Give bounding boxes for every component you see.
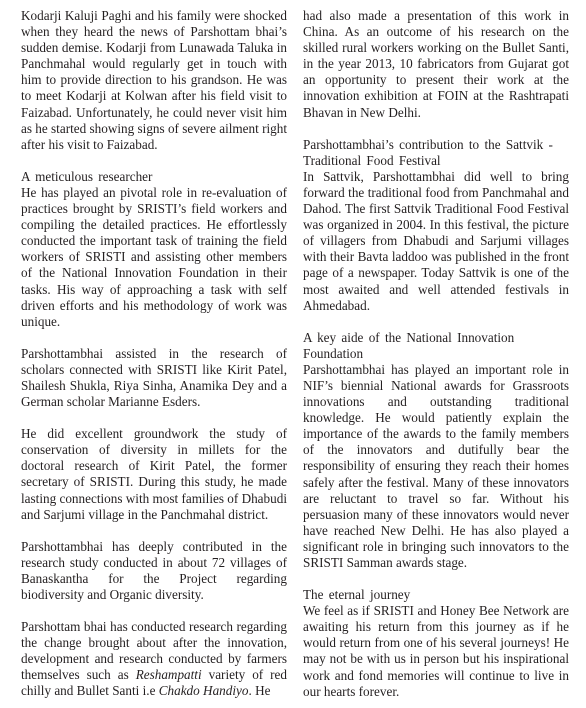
paragraph-sattvik: In Sattvik, Parshottambhai did well to b…	[303, 169, 569, 314]
paragraph-reshampatti-research: Parshottam bhai has conducted research r…	[21, 619, 287, 699]
paragraph-pivotal-role: He has played an pivotal role in re-eval…	[21, 185, 287, 330]
paragraph-eternal-journey: We feel as if SRISTI and Honey Bee Netwo…	[303, 603, 569, 700]
heading-meticulous-researcher: A meticulous researcher	[21, 169, 287, 185]
italic-term-reshampatti: Reshampatti	[136, 667, 202, 682]
paragraph-china-presentation: had also made a presentation of this wor…	[303, 8, 569, 121]
paragraph-kodarji: Kodarji Kaluji Paghi and his family were…	[21, 8, 287, 153]
paragraph-millets-study: He did excellent groundwork the study of…	[21, 426, 287, 523]
right-column: had also made a presentation of this wor…	[303, 8, 569, 700]
paragraph-banaskantha-study: Parshottambhai has deeply contributed in…	[21, 539, 287, 603]
heading-key-aide: A key aide of the National Innovation Fo…	[303, 330, 569, 362]
document-page: Kodarji Kaluji Paghi and his family were…	[0, 0, 586, 708]
italic-term-chakdo-handiyo: Chakdo Handiyo	[159, 683, 249, 698]
left-column: Kodarji Kaluji Paghi and his family were…	[21, 8, 287, 700]
heading-eternal-journey: The eternal journey	[303, 587, 569, 603]
text-segment: . He	[248, 683, 270, 698]
paragraph-nif-awards: Parshottambhai has played an important r…	[303, 362, 569, 571]
paragraph-assisted-scholars: Parshottambhai assisted in the research …	[21, 346, 287, 410]
heading-sattvik-festival: Parshottambhai’s contribution to the Sat…	[303, 137, 569, 169]
